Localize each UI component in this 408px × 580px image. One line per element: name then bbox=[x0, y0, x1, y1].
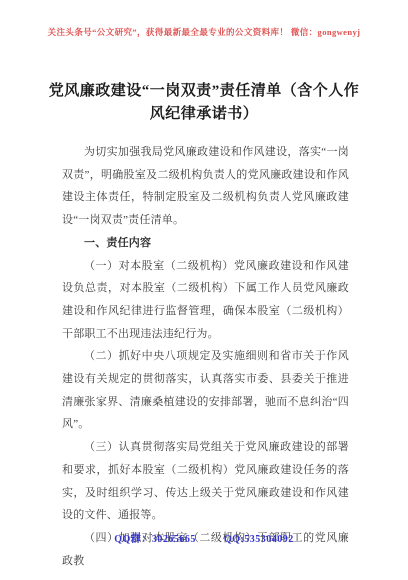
responsibility-item-1: （一）对本股室（二级机构）党风廉政建设和作风建设负总责，对本股室（二级机构）下属… bbox=[62, 255, 349, 346]
section-heading: 一、责任内容 bbox=[62, 232, 349, 255]
qq-number: QQ:535304092 bbox=[224, 534, 294, 545]
responsibility-item-2: （二）抓好中央八项规定及实施细则和省市关于作风建设有关规定的贯彻落实，认真落实市… bbox=[62, 345, 349, 436]
promo-footer: QQ群：30265665QQ:535304092 bbox=[0, 530, 408, 545]
document-body: 为切实加强我局党风廉政建设和作风建设，落实“一岗双责”，明确股室及二级机构负责人… bbox=[62, 141, 349, 572]
promo-header-text: 关注头条号“公文研究”，获得最新最全最专业的公文资料库！ 微信：gongweny… bbox=[0, 26, 408, 38]
intro-paragraph: 为切实加强我局党风廉政建设和作风建设，落实“一岗双责”，明确股室及二级机构负责人… bbox=[62, 141, 349, 232]
document-page: 关注头条号“公文研究”，获得最新最全最专业的公文资料库！ 微信：gongweny… bbox=[0, 0, 408, 580]
document-title: 党风廉政建设“一岗双责”责任清单（含个人作风纪律承诺书） bbox=[45, 80, 363, 126]
responsibility-item-3: （三）认真贯彻落实局党组关于党风廉政建设的部署和要求，抓好本股室（二级机构）党风… bbox=[62, 436, 349, 527]
qq-group-number: QQ群：30265665 bbox=[114, 534, 196, 545]
